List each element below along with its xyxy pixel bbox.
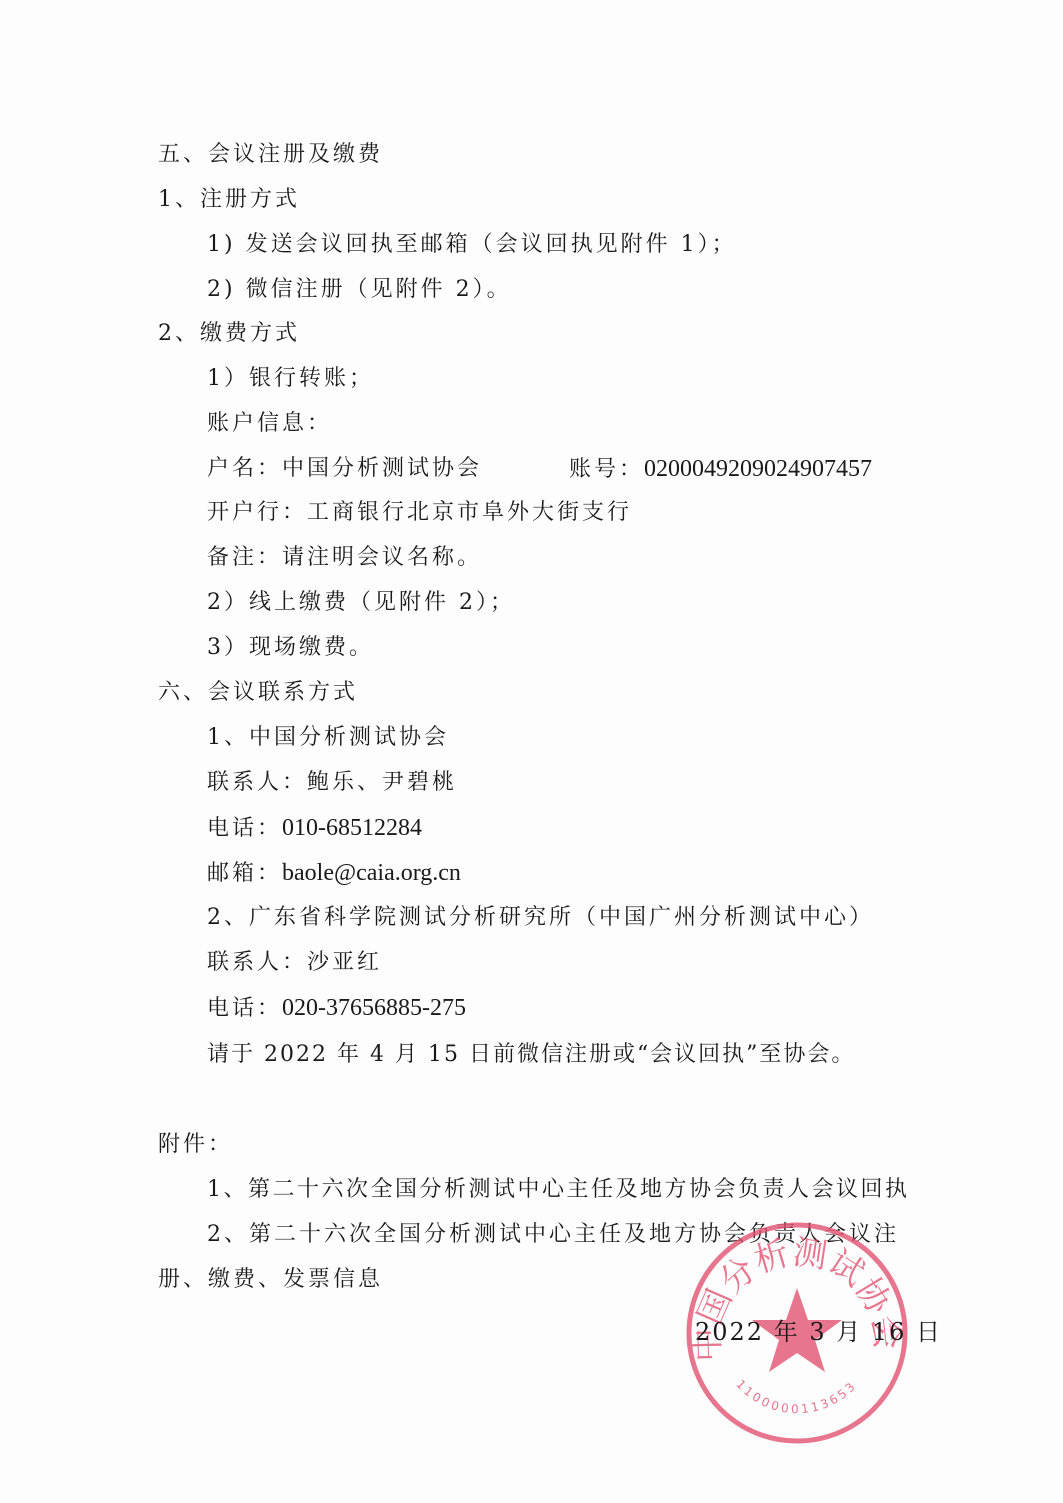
- phone-label: 电话：: [207, 816, 282, 841]
- org1-phone: 010-68512284: [282, 815, 422, 841]
- attachments-label: 附件：: [158, 1131, 233, 1159]
- org1-name: 1、中国分析测试协会: [207, 724, 449, 752]
- account-number: 0200049209024907457: [644, 456, 872, 482]
- registration-item-2: 2) 微信注册（见附件 2）。: [207, 276, 512, 304]
- org1-email[interactable]: baole@caia.org.cn: [282, 860, 461, 886]
- org1-contact: 联系人：鲍乐、尹碧桃: [207, 769, 457, 797]
- payment-title: 2、缴费方式: [158, 320, 300, 348]
- section-5-heading: 五、会议注册及缴费: [158, 141, 383, 169]
- attachment-item-2-line-2: 册、缴费、发票信息: [158, 1266, 383, 1294]
- org2-name: 2、广东省科学院测试分析研究所（中国广州分析测试中心）: [207, 904, 874, 932]
- attachment-item-1: 1、第二十六次全国分析测试中心主任及地方协会负责人会议回执: [207, 1176, 910, 1204]
- org2-phone-row: 电话：020-37656885-275: [207, 994, 466, 1023]
- account-number-label: 账号：: [569, 457, 644, 482]
- svg-text:1100000113653: 1100000113653: [733, 1377, 859, 1416]
- section-6-heading: 六、会议联系方式: [158, 679, 358, 707]
- registration-deadline: 请于 2022 年 4 月 15 日前微信注册或“会议回执”至协会。: [207, 1041, 855, 1069]
- email-label: 邮箱：: [207, 861, 282, 886]
- bank-name: 开户行：工商银行北京市阜外大街支行: [207, 499, 632, 527]
- signature-date: 2022 年 3 月 16 日: [695, 1312, 942, 1347]
- registration-item-1: 1) 发送会议回执至邮箱（会议回执见附件 1）；: [207, 231, 737, 259]
- account-name: 户名：中国分析测试协会: [207, 455, 482, 483]
- payment-online: 2）线上缴费（见附件 2）；: [207, 589, 515, 617]
- org2-phone: 020-37656885-275: [282, 995, 466, 1021]
- account-number-row: 账号：0200049209024907457: [569, 455, 872, 484]
- phone-label: 电话：: [207, 996, 282, 1021]
- document-page: 五、会议注册及缴费 1、注册方式 1) 发送会议回执至邮箱（会议回执见附件 1）…: [0, 0, 1063, 1503]
- account-info-label: 账户信息：: [207, 410, 332, 438]
- registration-title: 1、注册方式: [158, 186, 300, 214]
- payment-note: 备注：请注明会议名称。: [207, 544, 482, 572]
- payment-onsite: 3）现场缴费。: [207, 634, 374, 662]
- payment-bank-transfer: 1）银行转账；: [207, 365, 374, 393]
- org2-contact: 联系人：沙亚红: [207, 949, 382, 977]
- org1-email-row: 邮箱：baole@caia.org.cn: [207, 859, 461, 888]
- org1-phone-row: 电话：010-68512284: [207, 814, 422, 843]
